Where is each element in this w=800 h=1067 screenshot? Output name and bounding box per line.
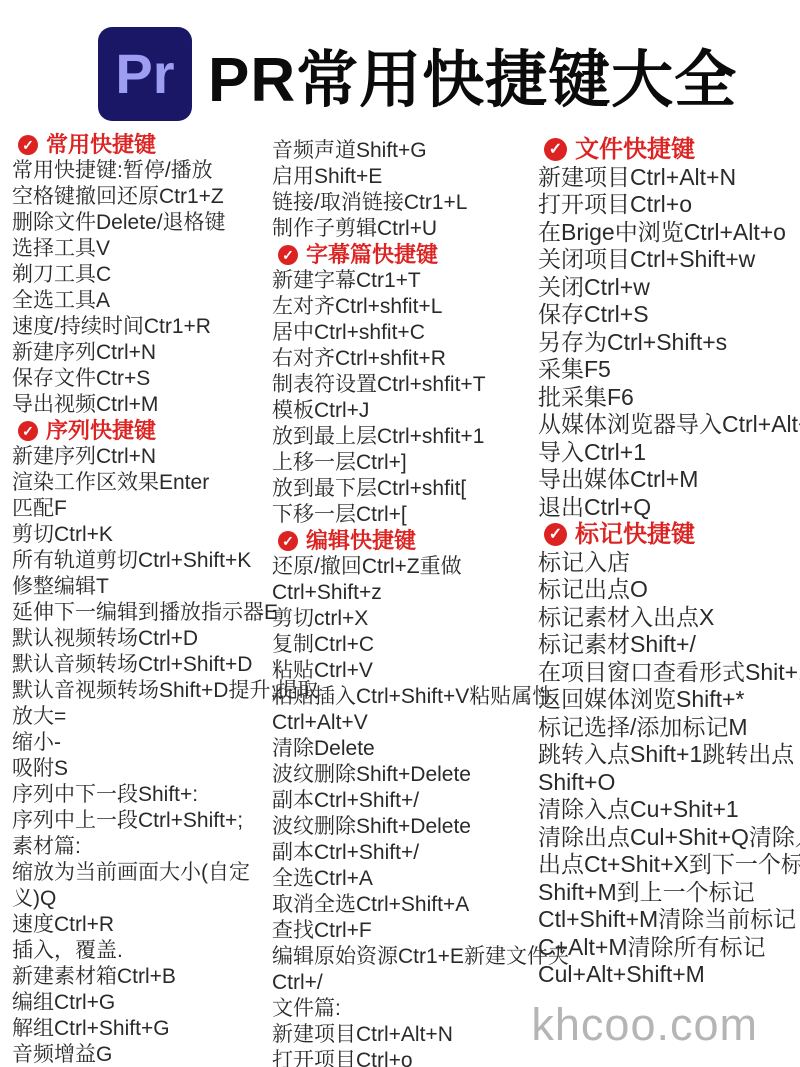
shortcut-line: 清除出点Cul+Shit+Q清除入	[538, 824, 798, 852]
shortcut-line: 左对齐Ctrl+shfit+L	[272, 294, 534, 320]
check-icon: ✓	[18, 135, 38, 155]
shortcut-line: Shift+M到上一个标记	[538, 879, 798, 907]
shortcut-line: 默认音频转场Ctrl+Shift+D	[12, 652, 268, 678]
shortcut-line: 默认视频转场Ctrl+D	[12, 626, 268, 652]
shortcut-column-2: 音频声道Shift+G启用Shift+E链接/取消链接Ctr1+L制作子剪辑Ct…	[272, 138, 534, 1067]
shortcut-line: 缩小-	[12, 730, 268, 756]
section-header: ✓字幕篇快捷键	[272, 242, 534, 268]
shortcut-line: 制作子剪辑Ctrl+U	[272, 216, 534, 242]
shortcut-line: 启用Shift+E	[272, 164, 534, 190]
shortcut-line: 标记选择/添加标记M	[538, 714, 798, 742]
shortcut-line: 副本Ctrl+Shift+/	[272, 840, 534, 866]
section-title: 编辑快捷键	[306, 528, 416, 554]
section-title: 文件快捷键	[575, 136, 695, 164]
page-title: PR常用快捷键大全	[208, 30, 737, 119]
shortcut-column-3: ✓文件快捷键新建项目Ctrl+Alt+N打开项目Ctrl+o在Brige中浏览C…	[538, 136, 798, 989]
shortcut-line: 删除文件Delete/退格键	[12, 210, 268, 236]
shortcut-line: 波纹删除Shift+Delete	[272, 814, 534, 840]
shortcut-line: 副本Ctrl+Shift+/	[272, 788, 534, 814]
shortcut-line: 吸附S	[12, 756, 268, 782]
shortcut-line: Shift+O	[538, 769, 798, 797]
shortcut-line: 导出媒体Ctrl+M	[538, 466, 798, 494]
shortcut-line: 返回媒体浏览Shift+*	[538, 686, 798, 714]
shortcut-line: 放到最下层Ctrl+shfit[	[272, 476, 534, 502]
header: Pr PR常用快捷键大全	[98, 26, 737, 122]
shortcut-line: 所有轨道剪切Ctrl+Shift+K	[12, 548, 268, 574]
shortcut-line: 延伸下一编辑到播放指示器E	[12, 600, 268, 626]
section-header: ✓常用快捷键	[12, 132, 268, 158]
shortcut-line: 打开项目Ctrl+o	[272, 1048, 534, 1067]
shortcut-line: C+Alt+M清除所有标记	[538, 934, 798, 962]
shortcut-line: 剃刀工具C	[12, 262, 268, 288]
shortcut-line: 编辑原始资源Ctr1+E新建文件夹	[272, 944, 534, 970]
shortcut-line: 序列中上一段Ctrl+Shift+;	[12, 808, 268, 834]
shortcut-line: Ctrl+Alt+V	[272, 710, 534, 736]
section-header: ✓序列快捷键	[12, 418, 268, 444]
shortcut-line: 居中Ctrl+shfit+C	[272, 320, 534, 346]
shortcut-line: 出点Ct+Shit+X到下一个标记	[538, 851, 798, 879]
shortcut-line: 波纹删除Shift+Delete	[272, 762, 534, 788]
shortcut-line: 上移一层Ctrl+]	[272, 450, 534, 476]
shortcut-line: 关闭项目Ctrl+Shift+w	[538, 246, 798, 274]
check-icon: ✓	[278, 245, 298, 265]
shortcut-column-1: ✓常用快捷键常用快捷键:暂停/播放空格键撤回还原Ctr1+Z删除文件Delete…	[12, 132, 268, 1067]
shortcut-line: 查找Ctrl+F	[272, 918, 534, 944]
shortcut-line: 放到最上层Ctrl+shfit+1	[272, 424, 534, 450]
shortcut-line: 粘贴插入Ctrl+Shift+V粘贴属性	[272, 684, 534, 710]
section-title: 常用快捷键	[46, 132, 156, 158]
check-icon: ✓	[18, 421, 38, 441]
shortcut-line: 剪切Ctrl+K	[12, 522, 268, 548]
shortcut-line: 另存为Ctrl+Shift+s	[538, 329, 798, 357]
shortcut-line: 新建序列Ctrl+N	[12, 444, 268, 470]
shortcut-line: 模板Ctrl+J	[272, 398, 534, 424]
check-icon: ✓	[278, 531, 298, 551]
shortcut-line: 标记出点O	[538, 576, 798, 604]
section-title: 序列快捷键	[46, 418, 156, 444]
check-icon: ✓	[544, 138, 567, 161]
section-title: 字幕篇快捷键	[306, 242, 438, 268]
shortcut-line: 链接/取消链接Ctr1+L	[272, 190, 534, 216]
watermark: khcoo.com	[531, 999, 758, 1051]
shortcut-line: 新建项目Ctrl+Alt+N	[272, 1022, 534, 1048]
shortcut-line: 在Brige中浏览Ctrl+Alt+o	[538, 219, 798, 247]
shortcut-line: 默认音视频转场Shift+D提升;提取	[12, 678, 268, 704]
shortcut-line: 放大=	[12, 704, 268, 730]
shortcut-line: 制表符设置Ctrl+shfit+T	[272, 372, 534, 398]
shortcut-line: 粘贴Ctrl+V	[272, 658, 534, 684]
shortcut-line: 速度/持续时间Ctr1+R	[12, 314, 268, 340]
shortcut-line: 标记入店	[538, 549, 798, 577]
shortcut-line: 新建字幕Ctr1+T	[272, 268, 534, 294]
shortcut-line: 保存文件Ctr+S	[12, 366, 268, 392]
check-icon: ✓	[544, 523, 567, 546]
shortcut-line: 义)Q	[12, 886, 268, 912]
shortcut-line: 序列中下一段Shift+:	[12, 782, 268, 808]
shortcut-line: Ctrl+/	[272, 970, 534, 996]
shortcut-line: 缩放为当前画面大小(自定	[12, 860, 268, 886]
shortcut-line: 在项目窗口查看形式Shit+1	[538, 659, 798, 687]
shortcut-line: 导出视频Ctrl+M	[12, 392, 268, 418]
shortcut-line: 全选工具A	[12, 288, 268, 314]
shortcut-line: 选择工具V	[12, 236, 268, 262]
shortcut-line: 新建项目Ctrl+Alt+N	[538, 164, 798, 192]
shortcut-line: 跳转入点Shift+1跳转出点	[538, 741, 798, 769]
shortcut-line: Ctrl+Shift+z	[272, 580, 534, 606]
shortcut-line: 批采集F6	[538, 384, 798, 412]
shortcut-line: 标记素材入出点X	[538, 604, 798, 632]
shortcut-line: 保存Ctrl+S	[538, 301, 798, 329]
logo-text: Pr	[115, 46, 174, 102]
shortcut-line: 从媒体浏览器导入Ctrl+Alt+1	[538, 411, 798, 439]
shortcut-line: Ctl+Shift+M清除当前标记	[538, 906, 798, 934]
shortcut-line: 取消全选Ctrl+Shift+A	[272, 892, 534, 918]
shortcut-line: 解组Ctrl+Shift+G	[12, 1016, 268, 1042]
section-header: ✓标记快捷键	[538, 521, 798, 549]
shortcut-line: 导入Ctrl+1	[538, 439, 798, 467]
shortcut-line: 修整编辑T	[12, 574, 268, 600]
shortcut-line: 下移一层Ctrl+[	[272, 502, 534, 528]
shortcut-line: 右对齐Ctrl+shfit+R	[272, 346, 534, 372]
shortcut-line: 素材篇:	[12, 834, 268, 860]
premiere-logo: Pr	[98, 27, 192, 121]
shortcut-line: 全选Ctrl+A	[272, 866, 534, 892]
shortcut-line: 速度Ctrl+R	[12, 912, 268, 938]
shortcut-line: 打开项目Ctrl+o	[538, 191, 798, 219]
shortcut-line: 剪切ctrl+X	[272, 606, 534, 632]
section-title: 标记快捷键	[575, 521, 695, 549]
section-header: ✓编辑快捷键	[272, 528, 534, 554]
shortcut-line: 清除入点Cu+Shit+1	[538, 796, 798, 824]
shortcut-line: 音频声道Shift+G	[272, 138, 534, 164]
shortcut-line: 还原/撤回Ctrl+Z重做	[272, 554, 534, 580]
shortcut-line: 渲染工作区效果Enter	[12, 470, 268, 496]
shortcut-line: 音频增益G	[12, 1042, 268, 1067]
shortcut-line: 插入，覆盖.	[12, 938, 268, 964]
shortcut-line: 常用快捷键:暂停/播放	[12, 158, 268, 184]
shortcut-line: 退出Ctrl+Q	[538, 494, 798, 522]
shortcut-line: 新建序列Ctrl+N	[12, 340, 268, 366]
shortcut-line: 空格键撤回还原Ctr1+Z	[12, 184, 268, 210]
shortcut-line: 复制Ctrl+C	[272, 632, 534, 658]
shortcut-line: Cul+Alt+Shift+M	[538, 961, 798, 989]
shortcut-line: 匹配F	[12, 496, 268, 522]
shortcut-line: 清除Delete	[272, 736, 534, 762]
section-header: ✓文件快捷键	[538, 136, 798, 164]
shortcut-line: 编组Ctrl+G	[12, 990, 268, 1016]
shortcut-line: 关闭Ctrl+w	[538, 274, 798, 302]
shortcut-line: 标记素材Shift+/	[538, 631, 798, 659]
shortcut-line: 新建素材箱Ctrl+B	[12, 964, 268, 990]
shortcut-line: 文件篇:	[272, 996, 534, 1022]
shortcut-line: 采集F5	[538, 356, 798, 384]
